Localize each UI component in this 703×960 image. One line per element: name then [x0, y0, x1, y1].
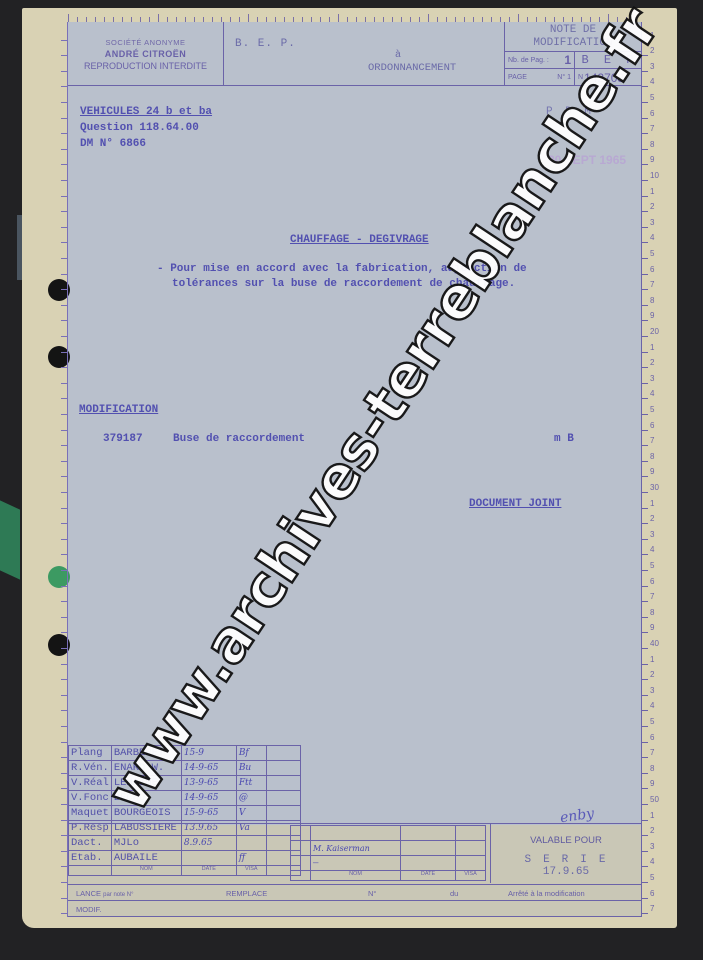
- signature-date: 8.9.65: [181, 836, 236, 851]
- company-type: SOCIÉTÉ ANONYME: [68, 38, 223, 47]
- signature-name: AUBAILE: [111, 851, 181, 866]
- signature-row: Etab.AUBAILEff: [69, 851, 301, 866]
- ruler-right: 1234567891012345678920123456789301234567…: [641, 22, 671, 917]
- signature-role: Maquet: [69, 806, 112, 821]
- signature-name: MJLo: [111, 836, 181, 851]
- part-number: 379187: [103, 433, 143, 445]
- reproduction-notice: REPRODUCTION INTERDITE: [68, 61, 223, 71]
- modif-label: MODIF.: [76, 905, 101, 914]
- valid-for-label: VALABLE POUR: [491, 835, 641, 846]
- signature-visa: [236, 836, 266, 851]
- signature-role: Dact.: [69, 836, 112, 851]
- part-code: m B: [554, 433, 574, 445]
- to-connector: à: [395, 50, 401, 61]
- handwritten-dash: —: [311, 856, 401, 871]
- signature-visa: Ftt: [236, 776, 266, 791]
- document-joint: DOCUMENT JOINT: [469, 498, 561, 510]
- company-name: ANDRÉ CITROËN: [68, 49, 223, 59]
- ruler-top: [68, 8, 641, 22]
- validity-block: VALABLE POUR SERIE 17.9.65: [490, 823, 641, 883]
- arrete-label: Arrêté à la modification: [508, 889, 585, 898]
- signature-date: 14-9-65: [181, 761, 236, 776]
- signature-date: 14-9-65: [181, 791, 236, 806]
- signature-visa: V: [236, 806, 266, 821]
- signature-date: 13-9-65: [181, 776, 236, 791]
- du-label: du: [450, 889, 458, 898]
- nb-pages-label: Nb. de Pag. :: [508, 57, 549, 64]
- to-department: ORDONNANCEMENT: [368, 62, 456, 74]
- divider-tab-green: [0, 500, 20, 579]
- number-label: N°: [368, 889, 376, 898]
- handwritten-name: M. Kaiserman: [311, 841, 401, 856]
- signature-row: Dact.MJLo8.9.65: [69, 836, 301, 851]
- signature-visa: Bf: [236, 746, 266, 761]
- question-ref: Question 118.64.00: [80, 122, 199, 134]
- second-signature-table: M. Kaiserman — NOMDATEVISA: [290, 825, 486, 881]
- signature-row: MaquetBOURGEOIS15-9-65V: [69, 806, 301, 821]
- page-label: PAGE: [508, 74, 527, 81]
- vehicles-heading: VEHICULES 24 b et ba: [80, 106, 212, 118]
- signature-date: 15-9-65: [181, 806, 236, 821]
- from-department: B. E. P.: [235, 38, 296, 50]
- signature-role: Plang: [69, 746, 112, 761]
- signature-date: [181, 851, 236, 866]
- part-name: Buse de raccordement: [173, 433, 305, 445]
- company-block: SOCIÉTÉ ANONYME ANDRÉ CITROËN REPRODUCTI…: [68, 22, 224, 86]
- signature-visa: Bu: [236, 761, 266, 776]
- signature-role: Etab.: [69, 851, 112, 866]
- serie-label: SERIE: [491, 854, 641, 866]
- remplace-label: REMPLACE: [226, 889, 267, 898]
- signature-visa: ff: [236, 851, 266, 866]
- signature-visa: @: [236, 791, 266, 806]
- form-footer: LANCE par note N° REMPLACE N° du Arrêté …: [68, 884, 641, 917]
- lance-label: LANCE par note N°: [76, 889, 134, 898]
- modification-heading: MODIFICATION: [79, 404, 158, 416]
- serie-date: 17.9.65: [491, 866, 641, 878]
- subject-title: CHAUFFAGE - DEGIVRAGE: [290, 234, 429, 246]
- form-header: SOCIÉTÉ ANONYME ANDRÉ CITROËN REPRODUCTI…: [68, 22, 641, 86]
- ruler-left: [60, 22, 68, 917]
- dm-ref: DM N° 6866: [80, 138, 146, 150]
